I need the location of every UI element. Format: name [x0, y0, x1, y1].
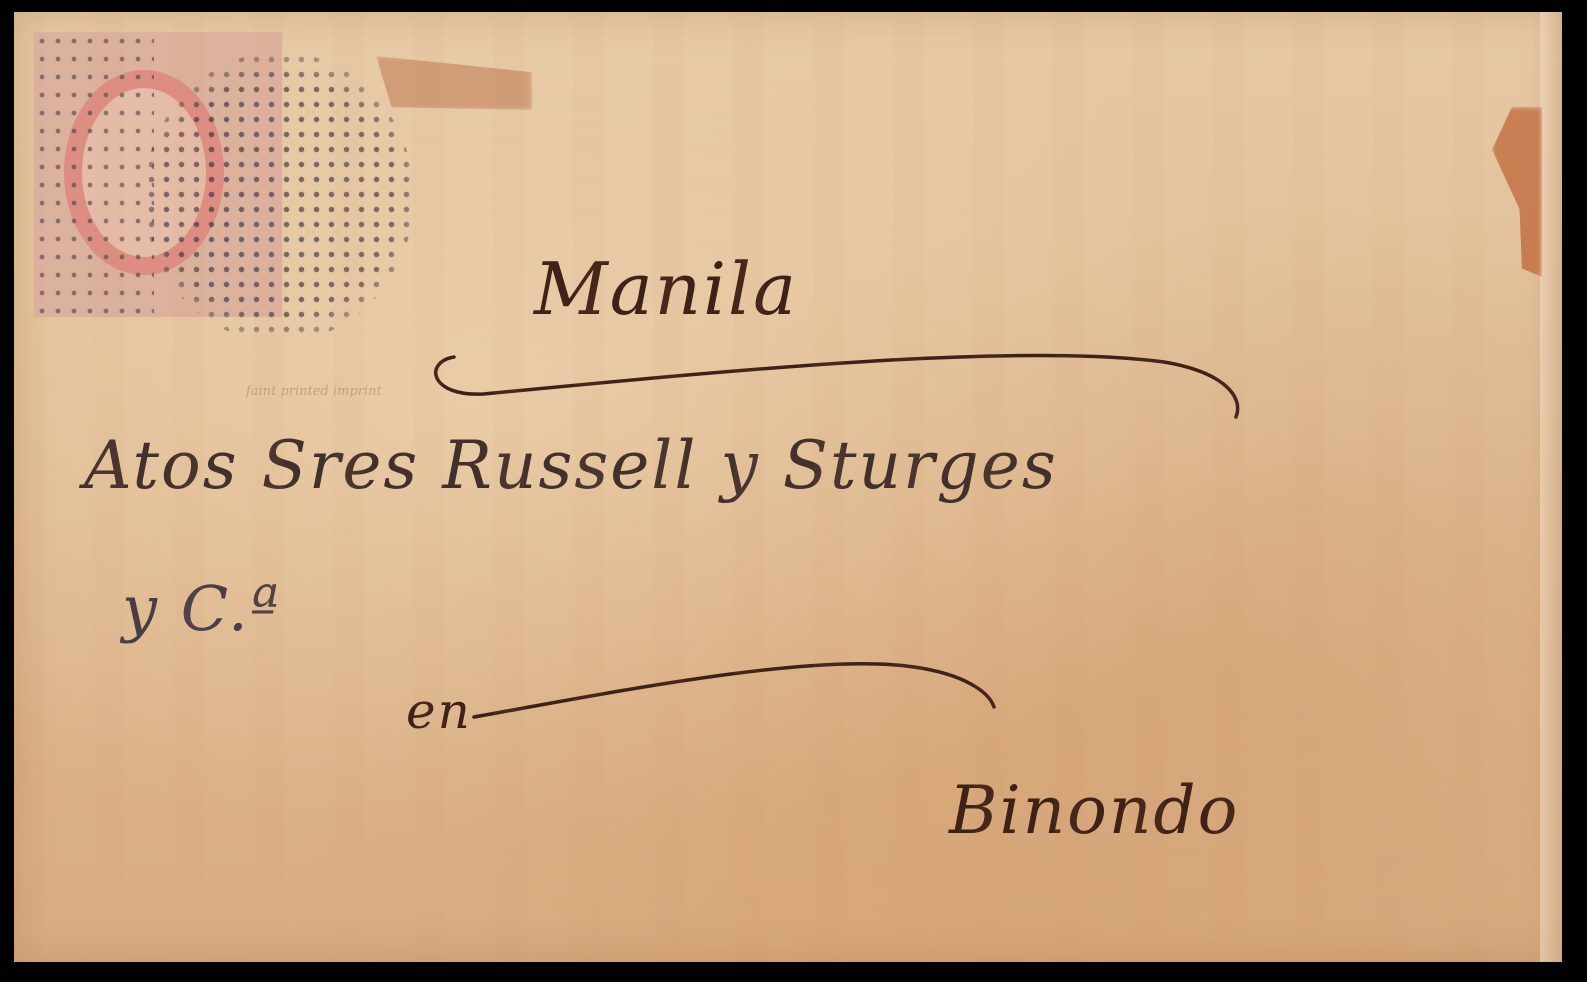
address-addressee: Atos Sres Russell y Sturges — [84, 427, 1058, 504]
address-preposition: en — [406, 682, 472, 740]
stain — [1492, 107, 1542, 277]
printed-imprint: faint printed imprint — [246, 384, 382, 399]
address-company: y C.ª — [122, 572, 281, 645]
address-city: Manila — [534, 247, 798, 331]
envelope: faint printed imprint Manila Atos Sres R… — [14, 12, 1562, 962]
address-district: Binondo — [949, 772, 1239, 849]
cancellation-mark — [34, 32, 154, 322]
envelope-edge — [1540, 12, 1562, 962]
stain — [376, 56, 532, 110]
cancellation-mark — [144, 52, 414, 342]
